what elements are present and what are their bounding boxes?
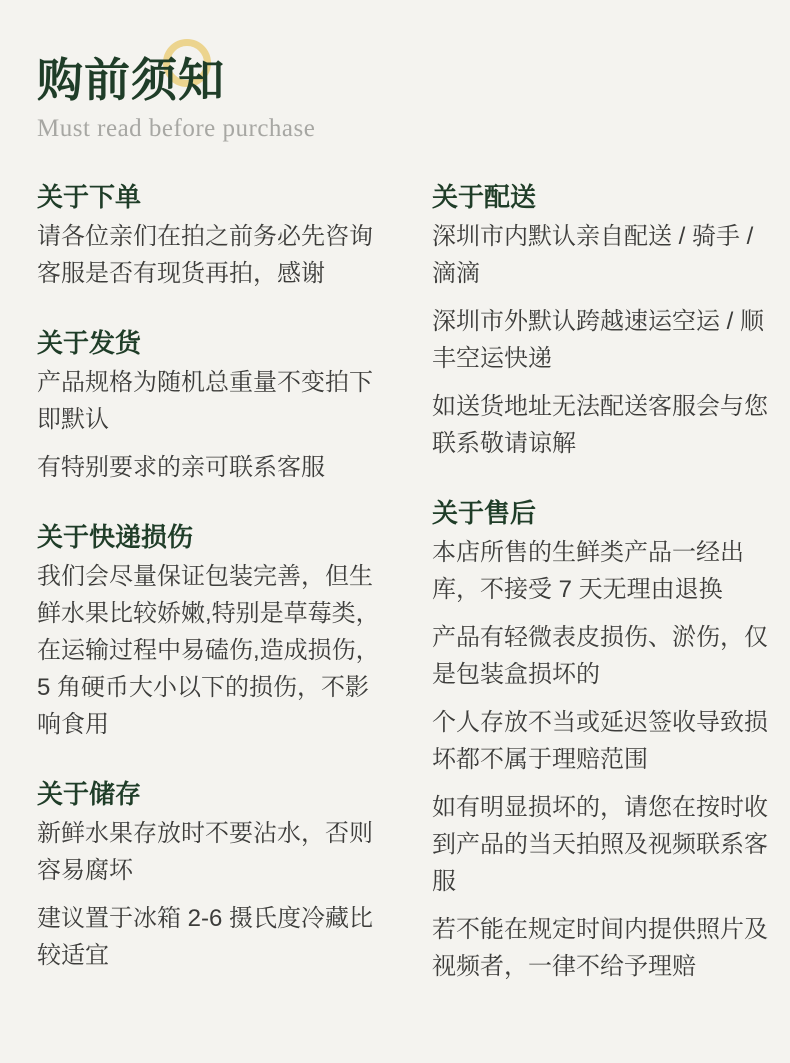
section-heading: 关于发货	[37, 328, 382, 360]
section-courier-damage: 关于快递损伤 我们会尽量保证包装完善，但生鲜水果比较娇嫩,特别是草莓类，在运输过…	[37, 522, 382, 743]
section-paragraph: 请各位亲们在拍之前务必先咨询客服是否有现货再拍，感谢	[37, 218, 382, 292]
section-paragraph: 如送货地址无法配送客服会与您联系敬请谅解	[432, 388, 770, 462]
section-paragraph: 我们会尽量保证包装完善，但生鲜水果比较娇嫩,特别是草莓类，在运输过程中易磕伤,造…	[37, 558, 382, 743]
page-title: 购前须知	[37, 56, 772, 106]
section-after-sales: 关于售后 本店所售的生鲜类产品一经出库，不接受 7 天无理由退换 产品有轻微表皮…	[432, 498, 770, 985]
section-paragraph: 如有明显损坏的，请您在按时收到产品的当天拍照及视频联系客服	[432, 789, 770, 900]
section-heading: 关于快递损伤	[37, 522, 382, 554]
section-paragraph: 深圳市内默认亲自配送 / 骑手 / 滴滴	[432, 218, 770, 292]
section-paragraph: 新鲜水果存放时不要沾水，否则容易腐坏	[37, 815, 382, 889]
section-shipping: 关于发货 产品规格为随机总重量不变拍下即默认 有特别要求的亲可联系客服	[37, 328, 382, 486]
right-column: 关于配送 深圳市内默认亲自配送 / 骑手 / 滴滴 深圳市外默认跨越速运空运 /…	[432, 182, 770, 1021]
section-heading: 关于下单	[37, 182, 382, 214]
section-paragraph: 若不能在规定时间内提供照片及视频者，一律不给予理赔	[432, 911, 770, 985]
section-delivery: 关于配送 深圳市内默认亲自配送 / 骑手 / 滴滴 深圳市外默认跨越速运空运 /…	[432, 182, 770, 462]
left-column: 关于下单 请各位亲们在拍之前务必先咨询客服是否有现货再拍，感谢 关于发货 产品规…	[37, 182, 382, 1021]
header: 购前须知 Must read before purchase	[37, 56, 772, 144]
section-ordering: 关于下单 请各位亲们在拍之前务必先咨询客服是否有现货再拍，感谢	[37, 182, 382, 292]
section-paragraph: 个人存放不当或延迟签收导致损坏都不属于理赔范围	[432, 704, 770, 778]
section-heading: 关于储存	[37, 779, 382, 811]
section-paragraph: 产品有轻微表皮损伤、淤伤，仅是包装盒损坏的	[432, 619, 770, 693]
section-paragraph: 有特别要求的亲可联系客服	[37, 449, 382, 486]
section-heading: 关于配送	[432, 182, 770, 214]
section-paragraph: 产品规格为随机总重量不变拍下即默认	[37, 364, 382, 438]
section-paragraph: 深圳市外默认跨越速运空运 / 顺丰空运快递	[432, 303, 770, 377]
page-subtitle: Must read before purchase	[37, 114, 772, 144]
section-paragraph: 本店所售的生鲜类产品一经出库，不接受 7 天无理由退换	[432, 534, 770, 608]
purchase-notice-page: 购前须知 Must read before purchase 关于下单 请各位亲…	[0, 0, 790, 1063]
section-storage: 关于储存 新鲜水果存放时不要沾水，否则容易腐坏 建议置于冰箱 2-6 摄氏度冷藏…	[37, 779, 382, 974]
section-paragraph: 建议置于冰箱 2-6 摄氏度冷藏比较适宜	[37, 900, 382, 974]
content-columns: 关于下单 请各位亲们在拍之前务必先咨询客服是否有现货再拍，感谢 关于发货 产品规…	[37, 182, 772, 1021]
section-heading: 关于售后	[432, 498, 770, 530]
